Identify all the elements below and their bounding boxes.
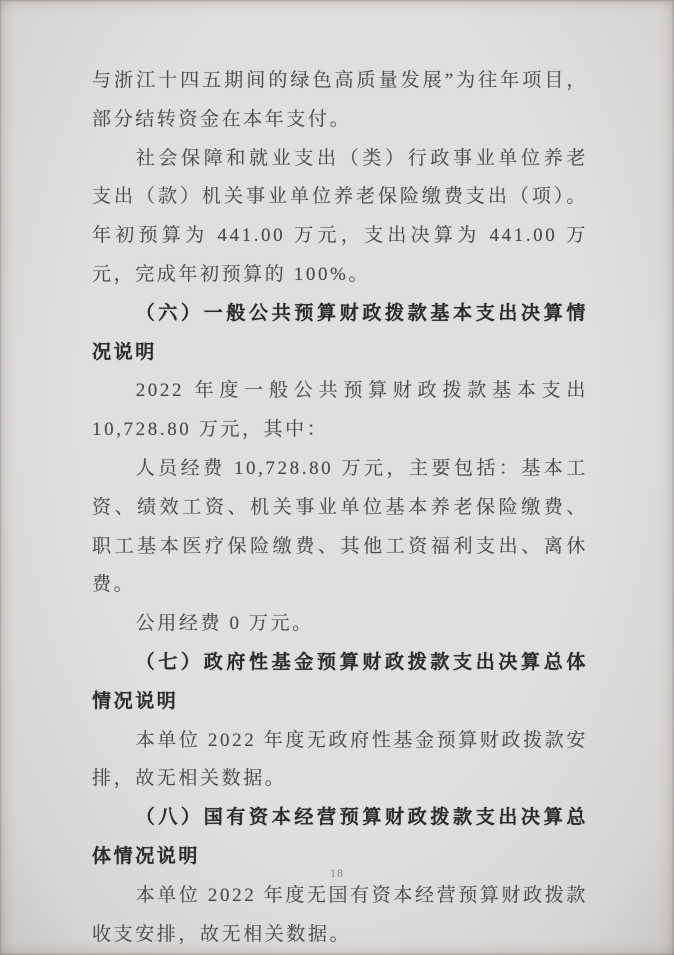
paragraph-state-capital: 本单位 2022 年度无国有资本经营预算财政拨款收支安排，故无相关数据。 [92, 877, 588, 955]
document-page: 与浙江十四五期间的绿色高质量发展”为往年项目，部分结转资金在本年支付。 社会保障… [0, 0, 674, 955]
paragraph-personnel-funds: 人员经费 10,728.80 万元，主要包括：基本工资、绩效工资、机关事业单位基… [92, 450, 588, 605]
paragraph-social-security: 社会保障和就业支出（类）行政事业单位养老支出（款）机关事业单位养老保险缴费支出（… [92, 140, 588, 295]
paragraph-basic-expenditure: 2022 年度一般公共预算财政拨款基本支出 10,728.80 万元，其中： [92, 372, 588, 450]
paragraph-continuation: 与浙江十四五期间的绿色高质量发展”为往年项目，部分结转资金在本年支付。 [92, 62, 588, 140]
paragraph-public-funds: 公用经费 0 万元。 [92, 605, 588, 644]
paragraph-gov-fund-budget: 本单位 2022 年度无政府性基金预算财政拨款安排，故无相关数据。 [92, 722, 588, 800]
document-text-block: 与浙江十四五期间的绿色高质量发展”为往年项目，部分结转资金在本年支付。 社会保障… [92, 62, 588, 954]
page-number: 18 [0, 866, 674, 881]
section-heading-six: （六）一般公共预算财政拨款基本支出决算情况说明 [92, 295, 588, 373]
section-heading-seven: （七）政府性基金预算财政拨款支出决算总体情况说明 [92, 644, 588, 722]
